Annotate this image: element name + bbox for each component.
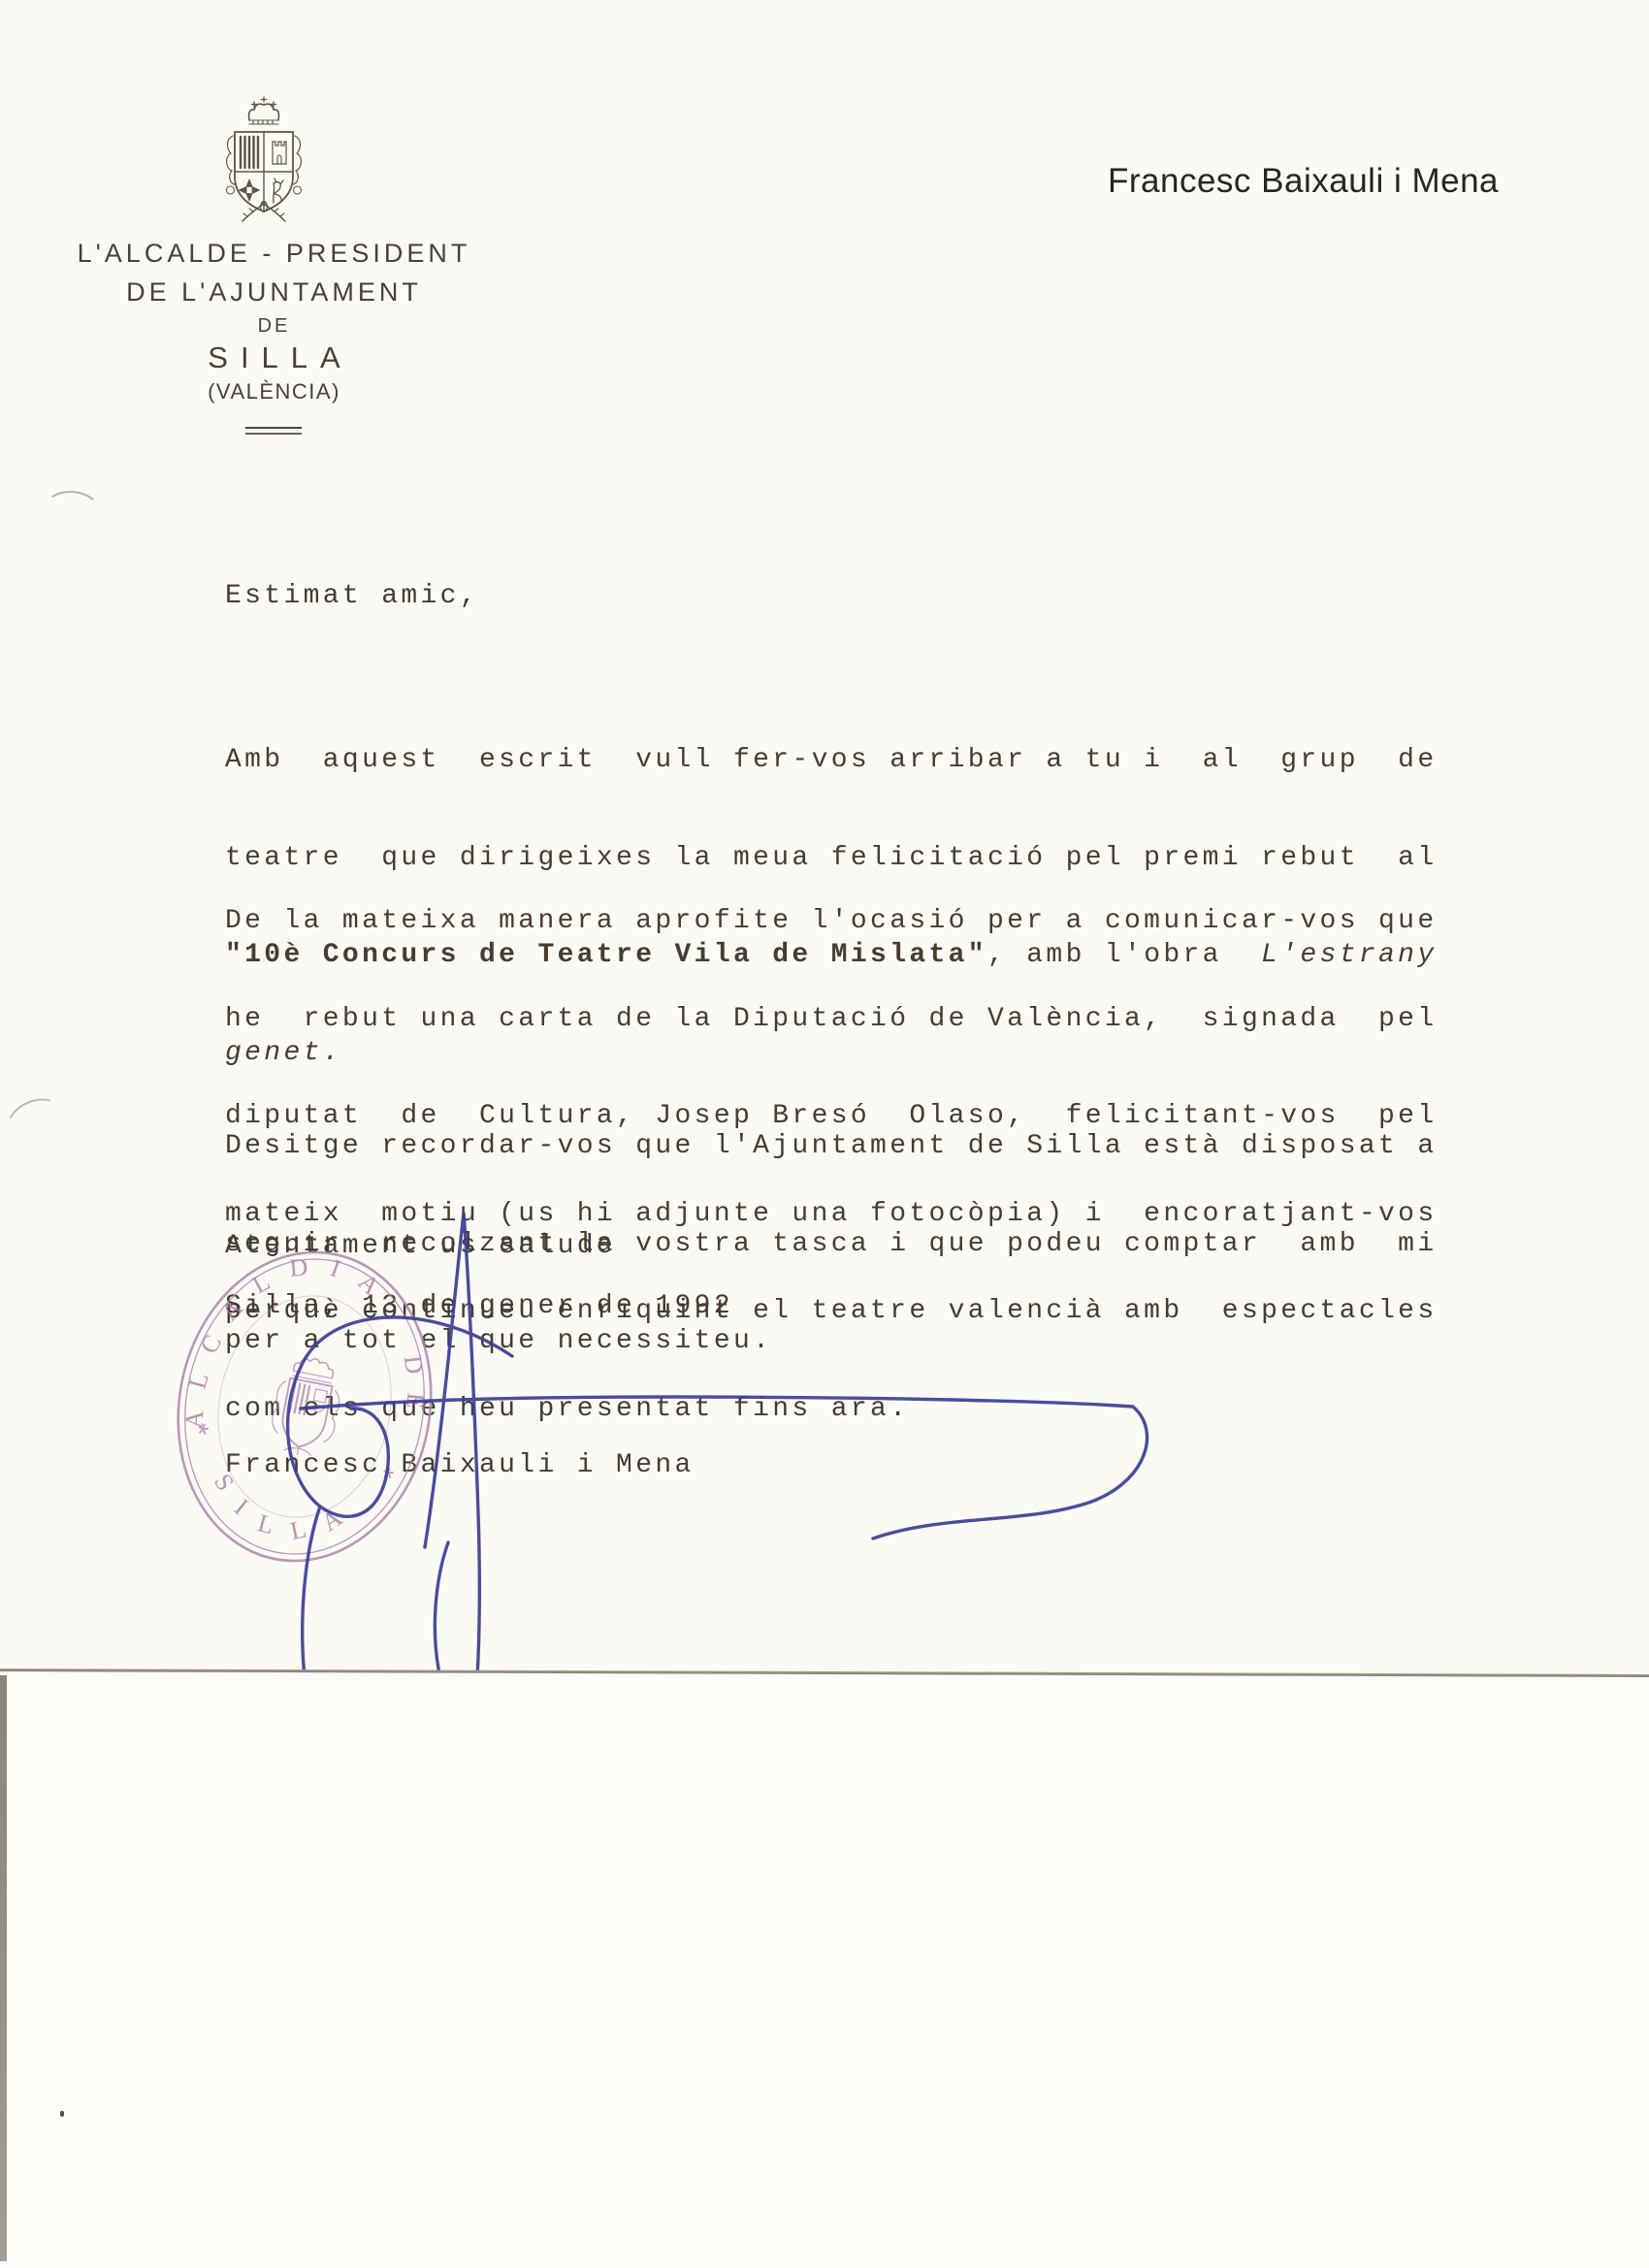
paragraph-line: Desitge recordar-vos que l'Ajuntament de… [225,1130,1437,1163]
stamp-arc-top-text: ALCALDIA [175,1229,405,1464]
backing-sheet [0,1672,1649,2268]
scan-edge-shadow [0,1675,7,2261]
letterhead-title-line2: DE L'AJUNTAMENT [48,277,500,308]
svg-text:DE: DE [386,1349,441,1430]
stamp-star-right: * [378,1462,396,1496]
scanned-letter-page: L'ALCALDE - PRESIDENT DE L'AJUNTAMENT DE… [0,0,1649,2268]
punch-hole-shadow [43,489,102,532]
letterhead-province: (VALÈNCIA) [48,379,500,405]
stamp-arc-bottom-text: SILLA [200,1465,369,1558]
paragraph-line: De la mateixa manera aprofite l'ocasió p… [225,905,1437,938]
salutation: Estimat amic, [225,580,479,613]
paragraph-line: he rebut una carta de la Diputació de Va… [225,1003,1437,1036]
punch-hole-shadow [0,1089,73,1154]
paragraph-line: Amb aquest escrit vull fer-vos arribar a… [225,744,1437,777]
scan-speck [60,2111,64,2117]
alcaldia-stamp: ALCALDIA DE SILLA * * [149,1227,460,1586]
letterhead-city: SILLA [48,340,500,375]
letterhead-title-line3: DE [48,315,500,338]
svg-text:ALCALDIA: ALCALDIA [175,1229,405,1464]
author-name-header: Francesc Baixauli i Mena [1108,162,1499,201]
letterhead-title-line1: L'ALCALDE - PRESIDENT [48,239,500,269]
coat-of-arms-icon [217,93,310,223]
stamp-de-text: DE [386,1349,441,1430]
stamp-coat-of-arms [267,1353,347,1461]
letterhead-rule [245,427,302,435]
svg-text:SILLA: SILLA [200,1465,369,1558]
